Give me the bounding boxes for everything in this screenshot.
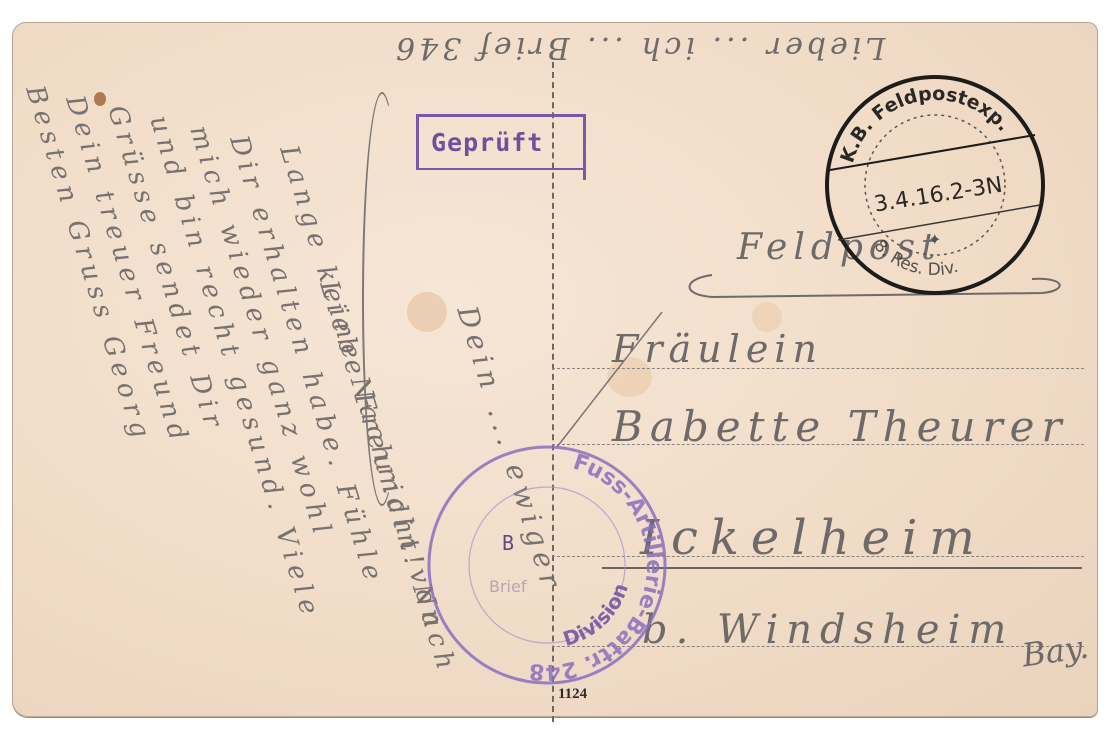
- address-underline: [602, 567, 1082, 569]
- recipient-district: b. Windsheim: [642, 607, 1014, 653]
- unit-stamp-ring-text: Fuss-Artillerie-Battr. 248: [528, 450, 666, 684]
- unit-stamp-center-text: Brief: [489, 577, 527, 596]
- postcard: Lieber ... ich ... Brief 346 Liebe Freun…: [12, 22, 1098, 717]
- form-number: 1124: [558, 686, 587, 703]
- recipient-town: Ickelheim: [640, 510, 987, 566]
- svg-text:8. Res. Div.: 8. Res. Div.: [870, 236, 961, 280]
- pencil-loop-stroke: [362, 92, 402, 506]
- svg-text:Fuss-Artillerie-Battr. 248: Fuss-Artillerie-Battr. 248: [528, 450, 666, 684]
- svg-text:✦: ✦: [928, 230, 941, 249]
- pencil-slash: [552, 312, 672, 452]
- postmark-date: 3.4.16.2-3N: [872, 173, 1004, 218]
- rust-stain: [94, 92, 106, 106]
- recipient-region: Bay.: [1020, 628, 1091, 675]
- recipient-name: Babette Theurer: [612, 402, 1069, 451]
- unit-stamp: Fuss-Artillerie-Battr. 248 Division B Br…: [424, 442, 670, 688]
- feldpost-postmark: K.B. Feldpostexp. 3.4.16.2-3N 8. Res. Di…: [820, 70, 1050, 300]
- postmark-bottom-text: 8. Res. Div.: [870, 236, 961, 280]
- censor-stamp: Geprüft: [416, 114, 586, 170]
- unit-stamp-letter: B: [502, 531, 514, 555]
- upside-down-header-text: Lieber ... ich ... Brief 346: [392, 30, 885, 65]
- foxing-stain: [407, 292, 447, 332]
